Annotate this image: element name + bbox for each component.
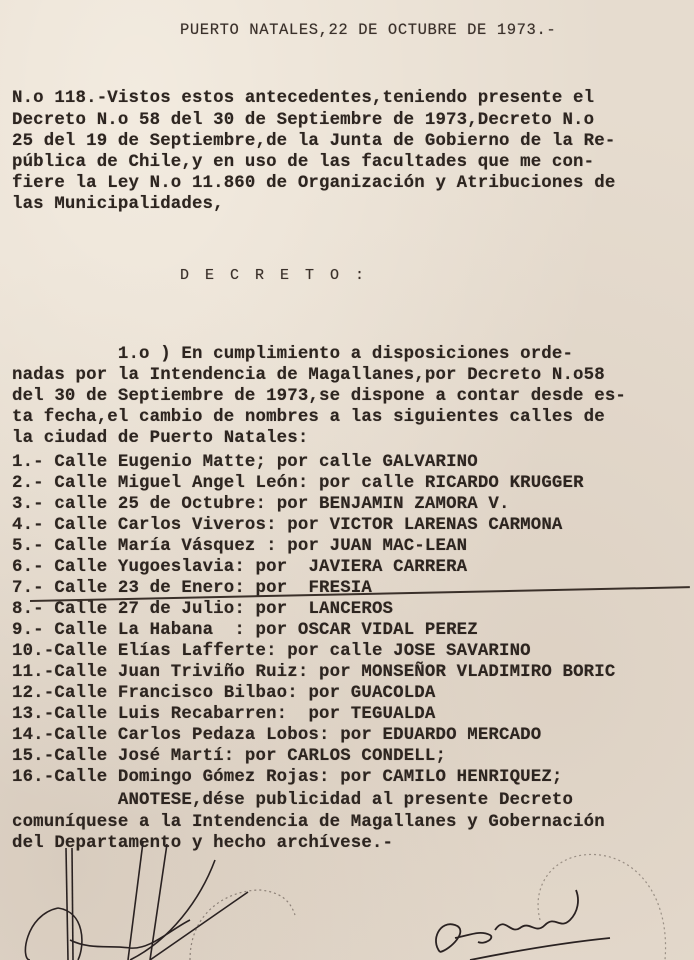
old-street-name: Calle Carlos Pedaza Lobos: — [54, 726, 329, 745]
street-change-row: 2.- Calle Miguel Angel León: por calle R… — [12, 473, 584, 494]
preamble-line: las Municipalidades, — [12, 194, 224, 215]
item-number: 16.- — [12, 768, 54, 787]
document-header: PUERTO NATALES,22 DE OCTUBRE DE 1973.- — [180, 20, 556, 41]
new-street-name: por JAVIERA CARRERA — [256, 558, 468, 577]
old-street-name: Calle Yugoeslavia: — [54, 558, 245, 577]
street-change-row: 13.-Calle Luis Recabarren: por TEGUALDA — [12, 704, 435, 725]
left-signature-icon — [25, 842, 248, 960]
article-line: 1.o ) En cumplimiento a disposiciones or… — [12, 344, 573, 365]
street-change-row: 3.- calle 25 de Octubre: por BENJAMIN ZA… — [12, 494, 510, 515]
new-street-name: por TEGUALDA — [298, 705, 436, 724]
new-street-name: por EDUARDO MERCADO — [340, 726, 541, 745]
old-street-name: Calle 27 de Julio: — [54, 600, 245, 619]
street-change-row: 8.- Calle 27 de Julio: por LANCEROS — [12, 599, 393, 620]
street-change-row: 12.-Calle Francisco Bilbao: por GUACOLDA — [12, 683, 435, 704]
new-street-name: por CARLOS CONDELL; — [245, 747, 446, 766]
decree-title: DECRETO: — [180, 265, 380, 286]
preamble-line: 25 del 19 de Septiembre,de la Junta de G… — [12, 131, 615, 152]
old-street-name: Calle Luis Recabarren: — [54, 705, 287, 724]
new-street-name: por CAMILO HENRIQUEZ; — [340, 768, 562, 787]
street-change-row: 9.- Calle La Habana : por OSCAR VIDAL PE… — [12, 620, 478, 641]
new-street-name: por BENJAMIN ZAMORA V. — [277, 495, 510, 514]
preamble-line: pública de Chile,y en uso de las faculta… — [12, 152, 594, 173]
old-street-name: Calle Juan Triviño Ruiz: — [54, 663, 308, 682]
old-street-name: Calle Elías Lafferte: — [54, 642, 276, 661]
item-number: 3.- — [12, 495, 44, 514]
item-number: 11.- — [12, 663, 54, 682]
item-number: 14.- — [12, 726, 54, 745]
preamble-line: fiere la Ley N.o 11.860 de Organización … — [12, 173, 615, 194]
signatures-stamps — [0, 820, 694, 960]
new-street-name: por JUAN MAC-LEAN — [287, 537, 467, 556]
closing-line: ANOTESE,dése publicidad al presente Decr… — [12, 790, 573, 811]
item-number: 10.- — [12, 642, 54, 661]
old-street-name: Calle Francisco Bilbao: — [54, 684, 297, 703]
street-change-row: 15.-Calle José Martí: por CARLOS CONDELL… — [12, 746, 446, 767]
item-number: 12.- — [12, 684, 54, 703]
item-number: 13.- — [12, 705, 54, 724]
old-street-name: Calle José Martí: — [54, 747, 234, 766]
new-street-name: por GUACOLDA — [308, 684, 435, 703]
new-street-name: por calle RICARDO KRUGGER — [319, 474, 584, 493]
article-line: nadas por la Intendencia de Magallanes,p… — [12, 365, 605, 386]
new-street-name: por calle GALVARINO — [277, 453, 478, 472]
street-change-row: 11.-Calle Juan Triviño Ruiz: por MONSEÑO… — [12, 662, 615, 683]
article-line: ta fecha,el cambio de nombres a las sigu… — [12, 407, 605, 428]
old-street-name: Calle Carlos Viveros: — [54, 516, 276, 535]
item-number: 9.- — [12, 621, 44, 640]
new-street-name: por OSCAR VIDAL PEREZ — [256, 621, 478, 640]
article-line: la ciudad de Puerto Natales: — [12, 428, 308, 449]
street-change-row: 5.- Calle María Vásquez : por JUAN MAC-L… — [12, 536, 467, 557]
decree-page: PUERTO NATALES,22 DE OCTUBRE DE 1973.- N… — [0, 0, 694, 960]
old-street-name: Calle Miguel Angel León: — [54, 474, 308, 493]
new-street-name: por LANCEROS — [256, 600, 394, 619]
new-street-name: por VICTOR LARENAS CARMONA — [287, 516, 562, 535]
item-number: 6.- — [12, 558, 44, 577]
new-street-name: por MONSEÑOR VLADIMIRO BORIC — [319, 663, 615, 682]
old-street-name: Calle María Vásquez : — [54, 537, 276, 556]
street-change-row: 16.-Calle Domingo Gómez Rojas: por CAMIL… — [12, 767, 563, 788]
old-street-name: Calle Domingo Gómez Rojas: — [54, 768, 329, 787]
street-change-row: 14.-Calle Carlos Pedaza Lobos: por EDUAR… — [12, 725, 541, 746]
item-number: 4.- — [12, 516, 44, 535]
item-number: 5.- — [12, 537, 44, 556]
street-change-row: 1.- Calle Eugenio Matte; por calle GALVA… — [12, 452, 478, 473]
left-stamp-icon — [190, 890, 295, 960]
street-change-row: 4.- Calle Carlos Viveros: por VICTOR LAR… — [12, 515, 563, 536]
item-number: 7.- — [12, 579, 44, 598]
right-signature-icon — [436, 890, 610, 960]
old-street-name: calle 25 de Octubre: — [54, 495, 266, 514]
preamble-line: Decreto N.o 58 del 30 de Septiembre de 1… — [12, 110, 594, 131]
article-line: del 30 de Septiembre de 1973,se dispone … — [12, 386, 626, 407]
street-change-row: 10.-Calle Elías Lafferte: por calle JOSE… — [12, 641, 531, 662]
preamble-line: N.o 118.-Vistos estos antecedentes,tenie… — [12, 88, 594, 109]
item-number: 2.- — [12, 474, 44, 493]
item-number: 15.- — [12, 747, 54, 766]
new-street-name: por calle JOSE SAVARINO — [287, 642, 530, 661]
item-number: 1.- — [12, 453, 44, 472]
street-change-row: 6.- Calle Yugoeslavia: por JAVIERA CARRE… — [12, 557, 467, 578]
old-street-name: Calle Eugenio Matte; — [54, 453, 266, 472]
item-number: 8.- — [12, 600, 44, 619]
old-street-name: Calle La Habana : — [54, 621, 245, 640]
